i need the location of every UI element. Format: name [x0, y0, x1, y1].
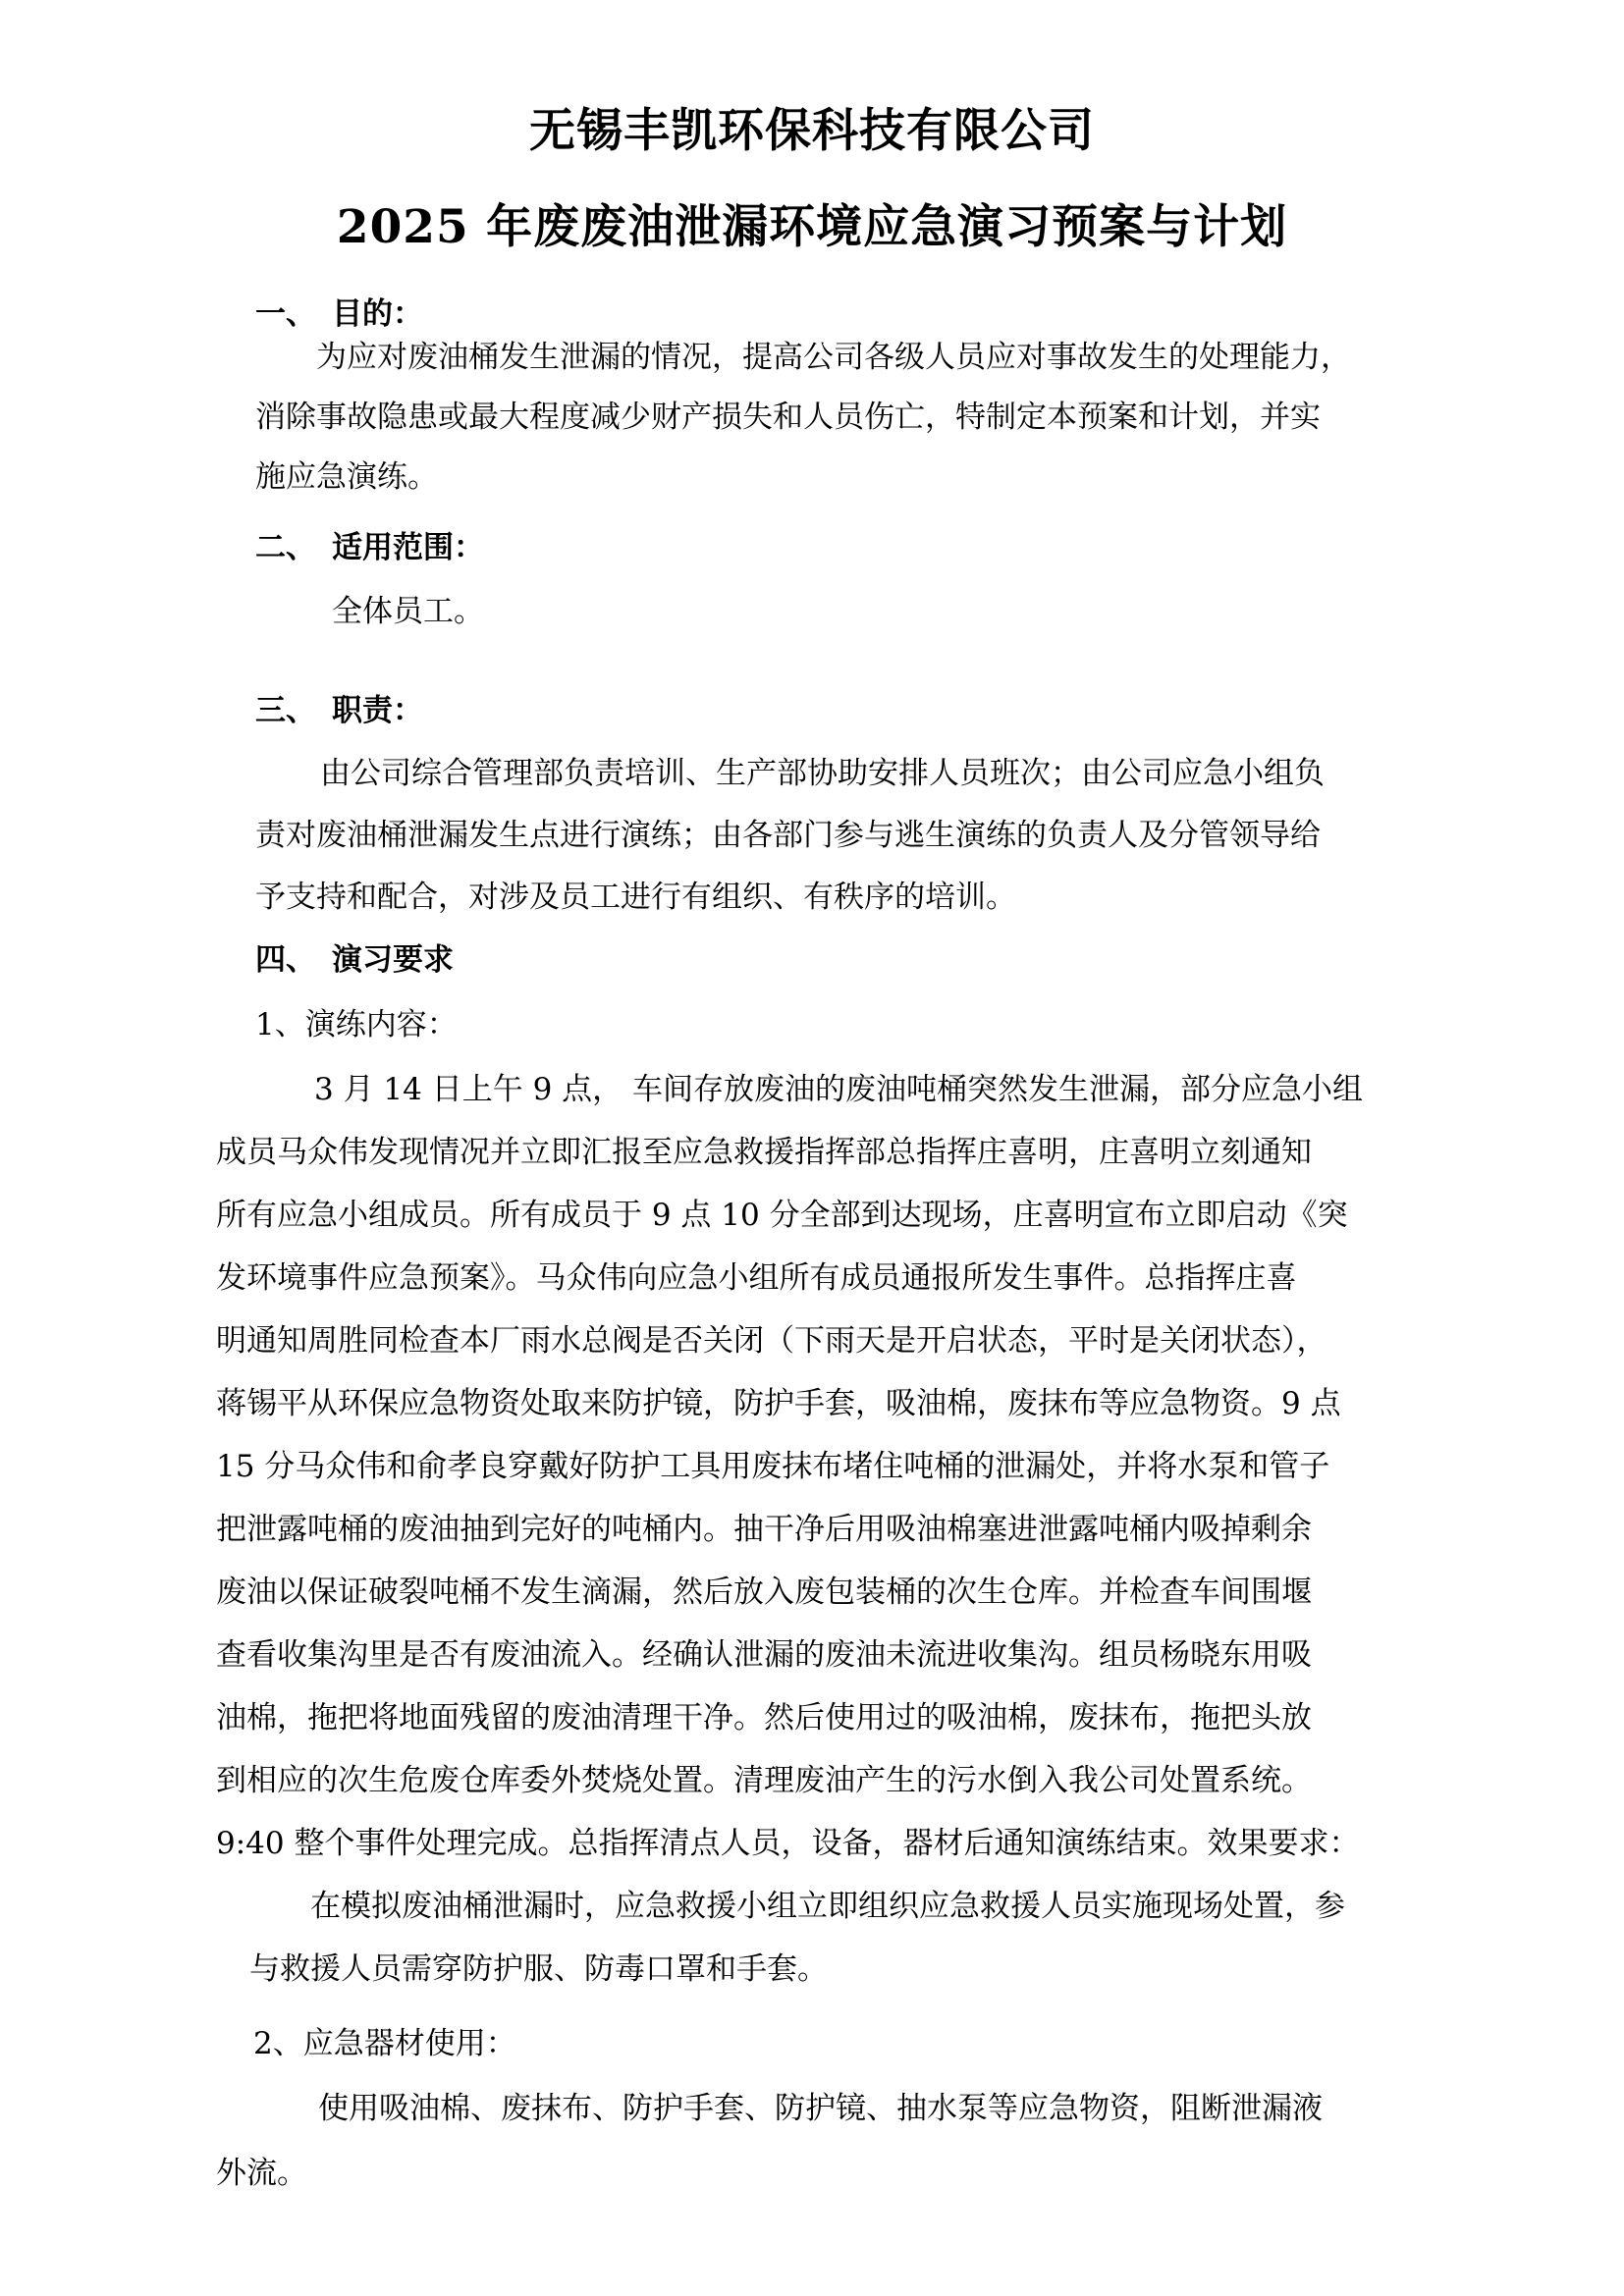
document-page: 无锡丰凯环保科技有限公司 2025 年废废油泄漏环境应急演习预案与计划 一、目的… — [0, 0, 1624, 2296]
section-heading-text: 演习要求 — [332, 942, 454, 978]
paragraph-line: 消除事故隐患或最大程度减少财产损失和人员伤亡，特制定本预案和计划，并实 — [255, 396, 1321, 439]
paragraph-line: 明通知周胜同检查本厂雨水总阀是否关闭（下雨天是开启状态，平时是关闭状态）， — [216, 1319, 1327, 1362]
company-name: 无锡丰凯环保科技有限公司 — [0, 102, 1624, 161]
paragraph-line: 责对废油桶泄漏发生点进行演练；由各部门参与逃生演练的负责人及分管领导给 — [255, 814, 1321, 857]
section-number: 二、 — [255, 526, 332, 569]
subsection-heading: 2、应急器材使用： — [253, 2022, 516, 2065]
section-heading-purpose: 一、目的： — [255, 293, 423, 336]
paragraph-line: 使用吸油棉、废抹布、防护手套、防护镜、抽水泵等应急物资，阻断泄漏液 — [318, 2087, 1323, 2130]
section-heading-requirements: 四、演习要求 — [255, 938, 454, 982]
paragraph-line: 予支持和配合，对涉及员工进行有组织、有秩序的培训。 — [255, 876, 1016, 919]
paragraph-line: 外流。 — [216, 2152, 307, 2195]
paragraph-line: 蒋锡平从环保应急物资处取来防护镜，防护手套，吸油棉，废抹布等应急物资。9 点 — [216, 1382, 1341, 1425]
paragraph-line: 到相应的次生危废仓库委外焚烧处置。清理废油产生的污水倒入我公司处置系统。 — [216, 1759, 1312, 1802]
section-heading-text: 职责： — [332, 693, 423, 728]
section-number: 三、 — [255, 689, 332, 732]
section-number: 一、 — [255, 293, 332, 336]
section-heading-text: 适用范围： — [332, 530, 484, 565]
paragraph-line: 全体员工。 — [332, 590, 484, 633]
paragraph-line: 把泄露吨桶的废油抽到完好的吨桶内。抽干净后用吸油棉塞进泄露吨桶内吸掉剩余 — [216, 1508, 1312, 1551]
paragraph-line: 在模拟废油桶泄漏时，应急救援小组立即组织应急救援人员实施现场处置，参 — [310, 1885, 1345, 1928]
paragraph-line: 废油以保证破裂吨桶不发生滴漏，然后放入废包装桶的次生仓库。并检查车间围堰 — [216, 1571, 1312, 1614]
paragraph-line: 所有应急小组成员。所有成员于 9 点 10 分全部到达现场，庄喜明宣布立即启动《… — [216, 1194, 1348, 1237]
paragraph-line: 施应急演练。 — [255, 455, 438, 499]
section-heading-duties: 三、职责： — [255, 689, 423, 732]
paragraph-line: 由公司综合管理部负责培训、生产部协助安排人员班次；由公司应急小组负 — [320, 752, 1325, 795]
paragraph-line: 15 分马众伟和俞孝良穿戴好防护工具用废抹布堵住吨桶的泄漏处，并将水泵和管子 — [216, 1445, 1329, 1488]
subsection-heading: 1、演练内容： — [255, 1003, 458, 1046]
paragraph-line: 发环境事件应急预案》。马众伟向应急小组所有成员通报所发生事件。总指挥庄喜 — [216, 1256, 1297, 1300]
section-number: 四、 — [255, 938, 332, 982]
paragraph-line: 3 月 14 日上午 9 点， 车间存放废油的废油吨桶突然发生泄漏，部分应急小组 — [314, 1068, 1363, 1111]
paragraph-line: 查看收集沟里是否有废油流入。经确认泄漏的废油未流进收集沟。组员杨晓东用吸 — [216, 1633, 1312, 1677]
paragraph-line: 成员马众伟发现情况并立即汇报至应急救援指挥部总指挥庄喜明，庄喜明立刻通知 — [216, 1131, 1312, 1174]
paragraph-line: 为应对废油桶发生泄漏的情况，提高公司各级人员应对事故发生的处理能力， — [316, 336, 1351, 379]
document-title: 2025 年废废油泄漏环境应急演习预案与计划 — [0, 198, 1624, 257]
paragraph-line: 与救援人员需穿防护服、防毒口罩和手套。 — [249, 1948, 828, 1991]
paragraph-line: 9:40 整个事件处理完成。总指挥清点人员，设备，器材后通知演练结束。效果要求： — [216, 1822, 1359, 1865]
paragraph-line: 油棉，拖把将地面残留的废油清理干净。然后使用过的吸油棉，废抹布，拖把头放 — [216, 1696, 1312, 1739]
section-heading-scope: 二、适用范围： — [255, 526, 484, 569]
section-heading-text: 目的： — [332, 296, 423, 332]
